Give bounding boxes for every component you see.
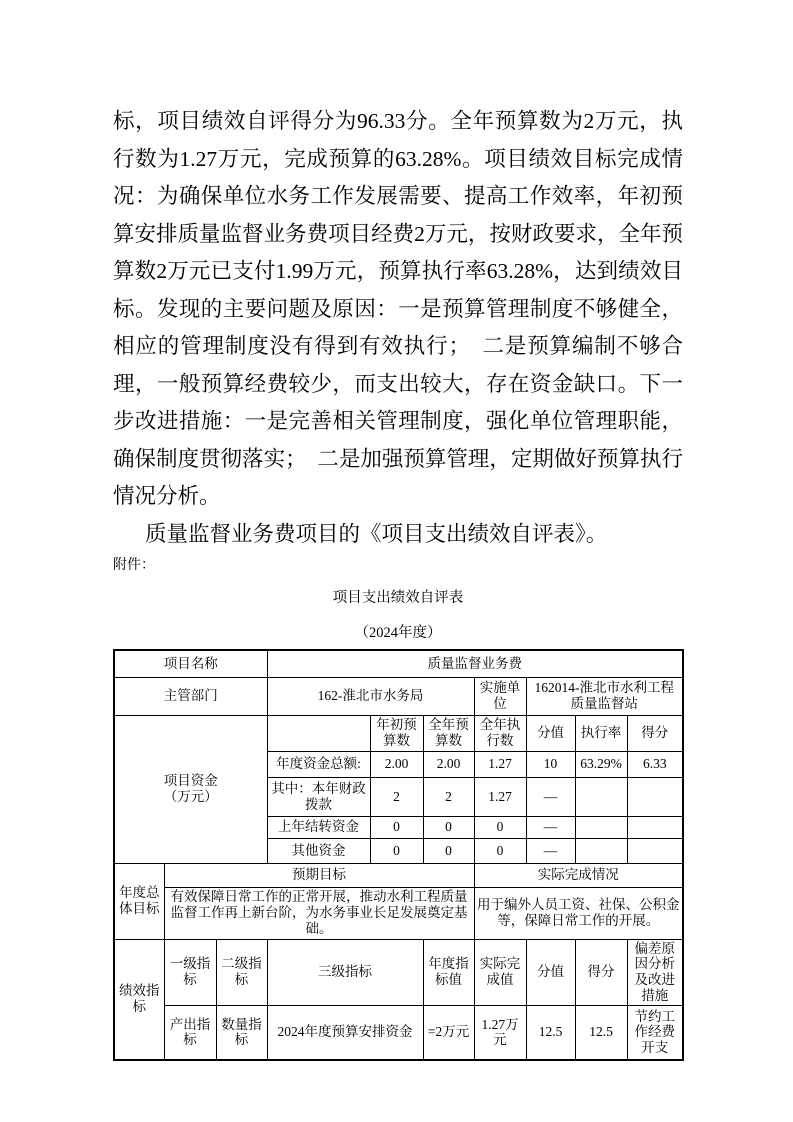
body-line: 理，一般预算经费较少，而支出较大，存在资金缺口。下一 [113, 366, 683, 404]
table-row: 项目资金 （万元） 年初预算数 全年预算数 全年执行数 分值 执行率 得分 [114, 715, 683, 751]
cell-performance-score: 12.5 [575, 1006, 627, 1060]
self-evaluation-table: 项目名称 质量监督业务费 主管部门 162-淮北市水务局 实施单位 162014… [113, 649, 684, 1061]
cell-performance-target: =2万元 [423, 1006, 474, 1060]
cell-performance-header-level2: 二级指标 [216, 939, 267, 1006]
cell-expected-goal-header: 预期目标 [164, 863, 474, 887]
body-line: 情况分析。 [113, 478, 683, 516]
body-line: 步改进措施：一是完善相关管理制度，强化单位管理职能， [113, 403, 683, 441]
table-row: 绩效指标 一级指标 二级指标 三级指标 年度指标值 实际完成值 分值 得分 偏差… [114, 939, 683, 1006]
cell-funds-row-other-initial: 0 [370, 838, 423, 863]
document-page: 标，项目绩效自评得分为96.33分。全年预算数为2万元，执 行数为1.27万元，… [0, 0, 793, 1122]
cell-funds-row-fiscal-annual: 2 [423, 777, 474, 816]
cell-actual-completion-header: 实际完成情况 [474, 863, 683, 887]
cell-funds-row-total-score: 6.33 [627, 751, 683, 777]
cell-performance-header-level3: 三级指标 [267, 939, 423, 1006]
cell-actual-completion-text: 用于编外人员工资、社保、公积金等，保障日常工作的开展。 [474, 887, 683, 939]
body-line: 标。发现的主要问题及原因：一是预算管理制度不够健全， [113, 291, 683, 329]
cell-funds-row-other-score-value: — [526, 838, 575, 863]
document-content: 标，项目绩效自评得分为96.33分。全年预算数为2万元，执 行数为1.27万元，… [113, 103, 683, 1061]
cell-department-label: 主管部门 [114, 677, 267, 715]
cell-performance-header-target: 年度指标值 [423, 939, 474, 1006]
cell-funds-header-executed: 全年执行数 [474, 715, 526, 751]
cell-funds-header-score: 得分 [627, 715, 683, 751]
cell-performance-actual: 1.27万元 [474, 1006, 526, 1060]
cell-funds-row-fiscal-score-value: — [526, 777, 575, 816]
cell-performance-deviation: 节约工作经费开支 [627, 1006, 683, 1060]
cell-funds-row-fiscal-score [627, 777, 683, 816]
body-line: 相应的管理制度没有得到有效执行； 二是预算编制不够合 [113, 328, 683, 366]
cell-expected-goal-text: 有效保障日常工作的正常开展，推动水利工程质量监督工作再上新台阶，为水务事业长足发… [164, 887, 474, 939]
cell-funds-row-total-score-value: 10 [526, 751, 575, 777]
cell-funds-row-total-initial: 2.00 [370, 751, 423, 777]
cell-performance-header-deviation: 偏差原因分析及改进措施 [627, 939, 683, 1006]
cell-project-name-value: 质量监督业务费 [267, 650, 683, 677]
cell-performance-header-score-value: 分值 [526, 939, 575, 1006]
table-row: 有效保障日常工作的正常开展，推动水利工程质量监督工作再上新台阶，为水务事业长足发… [114, 887, 683, 939]
cell-performance-header-actual: 实际完成值 [474, 939, 526, 1006]
cell-annual-goal-label: 年度总体目标 [114, 863, 164, 939]
table-row: 项目名称 质量监督业务费 [114, 650, 683, 677]
table-row: 产出指标 数量指标 2024年度预算安排资金 =2万元 1.27万元 12.5 … [114, 1006, 683, 1060]
cell-performance-level1: 产出指标 [164, 1006, 216, 1060]
cell-funds-header-annual-budget: 全年预算数 [423, 715, 474, 751]
cell-funds-header-score-value: 分值 [526, 715, 575, 751]
cell-funds-row-total-execution-rate: 63.29% [575, 751, 627, 777]
table-year: （2024年度） [113, 621, 683, 642]
cell-funds-row-carryover-annual: 0 [423, 816, 474, 838]
table-row: 主管部门 162-淮北市水务局 实施单位 162014-淮北市水利工程质量监督站 [114, 677, 683, 715]
cell-funds-row-carryover-name: 上年结转资金 [267, 816, 370, 838]
body-line: 况：为确保单位水务工作发展需要、提高工作效率，年初预 [113, 178, 683, 216]
table-title: 项目支出绩效自评表 [113, 586, 683, 607]
body-line: 行数为1.27万元，完成预算的63.28%。项目绩效目标完成情 [113, 141, 683, 179]
cell-funds-blank [267, 715, 370, 751]
cell-funds-row-other-execution-rate [575, 838, 627, 863]
cell-implementing-unit-label: 实施单位 [474, 677, 526, 715]
cell-funds-row-total-executed: 1.27 [474, 751, 526, 777]
cell-funds-row-carryover-score-value: — [526, 816, 575, 838]
cell-performance-header-score: 得分 [575, 939, 627, 1006]
cell-performance-header-level1: 一级指标 [164, 939, 216, 1006]
body-line: 算安排质量监督业务费项目经费2万元，按财政要求，全年预 [113, 216, 683, 254]
cell-funds-row-fiscal-execution-rate [575, 777, 627, 816]
body-line: 算数2万元已支付1.99万元，预算执行率63.28%，达到绩效目 [113, 253, 683, 291]
cell-project-name-label: 项目名称 [114, 650, 267, 677]
cell-performance-level2: 数量指标 [216, 1006, 267, 1060]
cell-funds-row-other-executed: 0 [474, 838, 526, 863]
cell-implementing-unit-value: 162014-淮北市水利工程质量监督站 [526, 677, 683, 715]
table-row: 年度总体目标 预期目标 实际完成情况 [114, 863, 683, 887]
body-line: 确保制度贯彻落实； 二是加强预算管理，定期做好预算执行 [113, 441, 683, 479]
cell-funds-row-fiscal-initial: 2 [370, 777, 423, 816]
cell-funds-row-other-annual: 0 [423, 838, 474, 863]
cell-funds-row-carryover-initial: 0 [370, 816, 423, 838]
cell-funds-row-other-score [627, 838, 683, 863]
cell-funds-label: 项目资金 （万元） [114, 715, 267, 863]
cell-funds-row-fiscal-name: 其中：本年财政拨款 [267, 777, 370, 816]
closing-paragraph: 质量监督业务费项目的《项目支出绩效自评表》。 [113, 516, 683, 554]
cell-funds-row-fiscal-executed: 1.27 [474, 777, 526, 816]
cell-funds-row-carryover-score [627, 816, 683, 838]
cell-performance-score-value: 12.5 [526, 1006, 575, 1060]
cell-funds-header-initial-budget: 年初预算数 [370, 715, 423, 751]
cell-performance-label: 绩效指标 [114, 939, 164, 1060]
cell-funds-row-carryover-execution-rate [575, 816, 627, 838]
cell-performance-level3: 2024年度预算安排资金 [267, 1006, 423, 1060]
cell-funds-row-other-name: 其他资金 [267, 838, 370, 863]
body-text: 标，项目绩效自评得分为96.33分。全年预算数为2万元，执 行数为1.27万元，… [113, 103, 683, 553]
attachment-label: 附件： [113, 558, 683, 574]
body-line: 标，项目绩效自评得分为96.33分。全年预算数为2万元，执 [113, 103, 683, 141]
cell-funds-header-execution-rate: 执行率 [575, 715, 627, 751]
cell-funds-row-total-name: 年度资金总额: [267, 751, 370, 777]
cell-department-value: 162-淮北市水务局 [267, 677, 474, 715]
cell-funds-row-carryover-executed: 0 [474, 816, 526, 838]
cell-funds-row-total-annual: 2.00 [423, 751, 474, 777]
